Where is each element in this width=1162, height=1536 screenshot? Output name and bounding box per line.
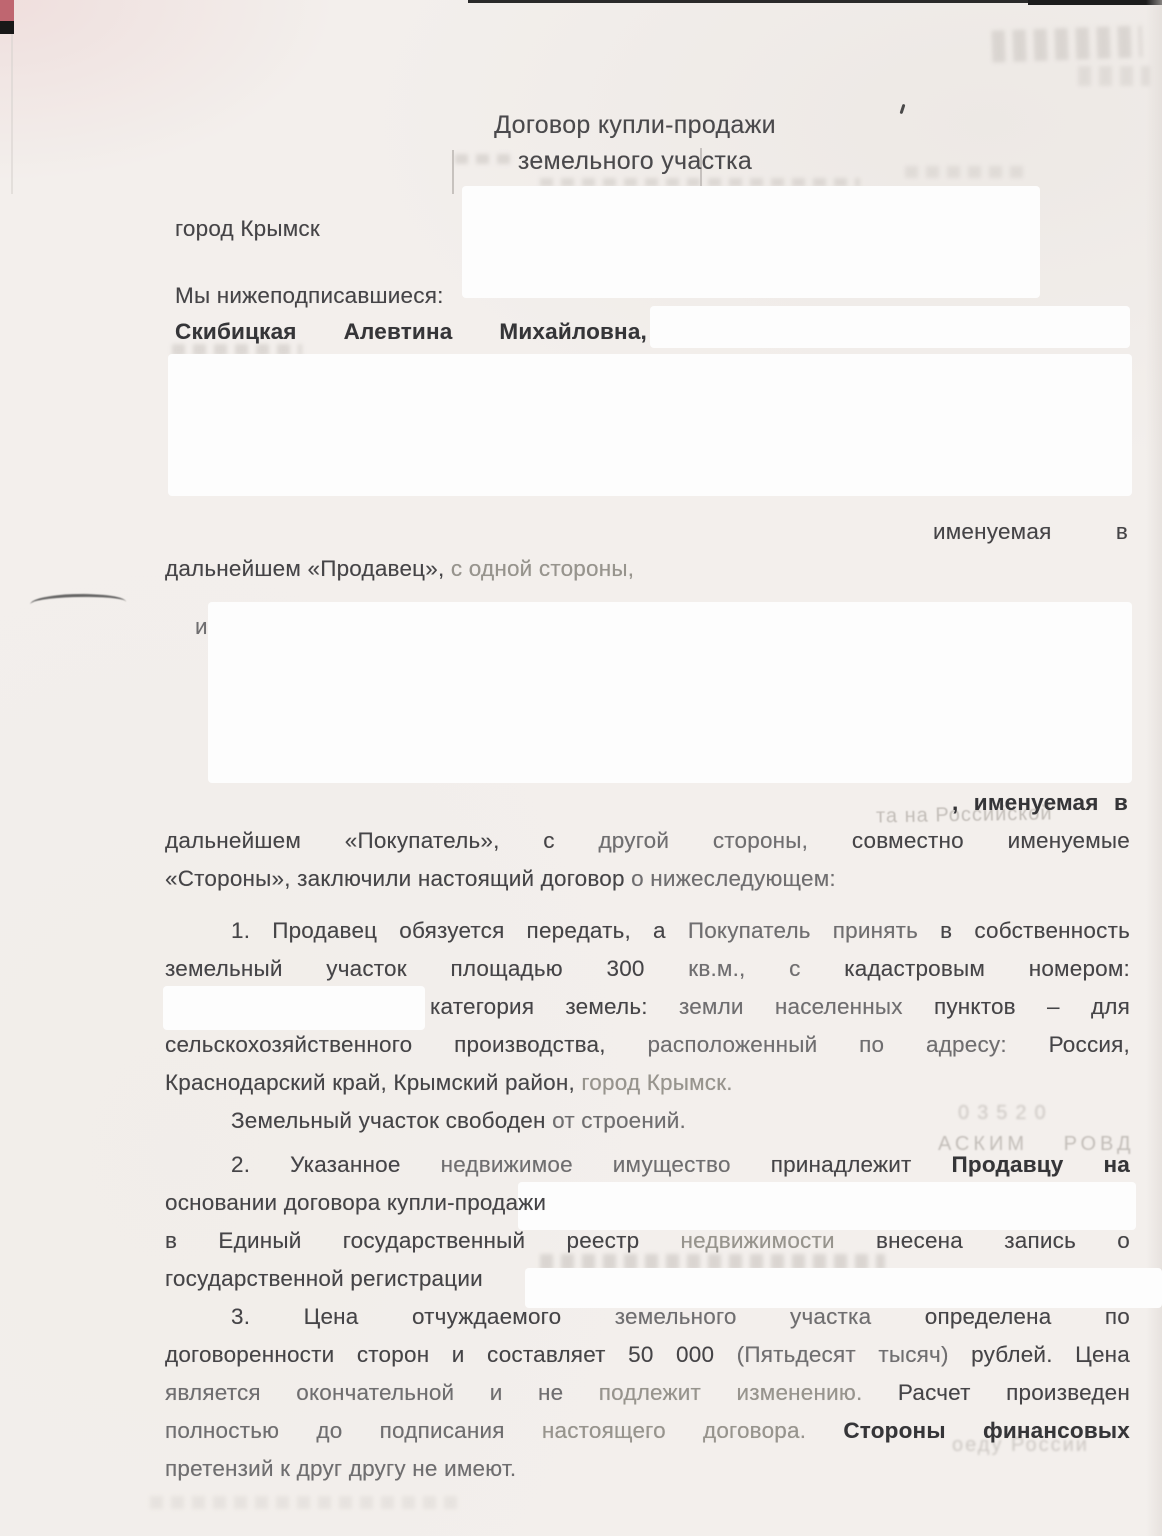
text-run: город Крымск. — [581, 1070, 732, 1095]
clause1-line-2: земельный участок площадью 300 кв.м., с … — [165, 950, 1130, 988]
text-run: , именуемая в — [952, 790, 1128, 815]
text-run: земельный участок площадью 300 — [165, 956, 688, 981]
text-run: недвижимости — [681, 1228, 876, 1253]
text-run: подлежит изменению. — [599, 1380, 898, 1405]
clause3-line-4: полностью до подписания настоящего догов… — [165, 1412, 1130, 1450]
clause3-line-2: договоренности сторон и составляет 50 00… — [165, 1336, 1130, 1374]
text-run: определена по — [925, 1304, 1130, 1329]
clause3-line-3: является окончательной и не подлежит изм… — [165, 1374, 1130, 1412]
seller-referred-line-2: дальнейшем «Продавец», с одной стороны, — [165, 550, 634, 588]
text-run: земельного участка — [518, 147, 752, 175]
we-undersigned-line: Мы нижеподписавшиеся: — [175, 277, 444, 315]
city-line: город Крымск — [175, 210, 320, 248]
text-run: и — [195, 614, 208, 639]
text-run: договоренности сторон и составляет 50 00… — [165, 1342, 737, 1367]
redaction-box-buyer-details — [208, 602, 1132, 783]
text-run: 3. Цена отчуждаемого — [231, 1304, 615, 1329]
document-title-line-1: Договор купли-продажи — [165, 106, 1105, 144]
parties-line: «Стороны», заключили настоящий договор о… — [165, 860, 836, 898]
redaction-box-cadastral-number — [163, 986, 425, 1030]
text-run: рублей. Цена — [971, 1342, 1130, 1367]
text-run: земельного участка — [615, 1304, 925, 1329]
redaction-box-seller-details — [168, 354, 1132, 496]
text-run: дальнейшем «Продавец», — [165, 556, 451, 581]
clause2-line-3: в Единый государственный реестр недвижим… — [165, 1222, 1130, 1260]
document-title-line-2: земельного участка — [165, 142, 1105, 180]
top-scan-line — [468, 0, 1028, 3]
ink-smudge-line — [30, 593, 126, 606]
bleed-text-number: 03520 — [958, 1102, 1054, 1124]
top-right-smudge-2 — [1078, 66, 1150, 86]
top-right-smudge — [991, 25, 1142, 62]
clause1-line-3: категория земель: земли населенных пункт… — [430, 988, 1130, 1026]
seller-name: Скибицкая Алевтина Михайловна, — [175, 319, 647, 344]
text-run: полностью до подписания — [165, 1418, 542, 1443]
bottom-left-bleed — [150, 1496, 460, 1509]
text-run: от строений. — [552, 1108, 686, 1133]
redaction-box-seller-line — [650, 306, 1130, 348]
clause1-line-1: 1. Продавец обязуется передать, а Покупа… — [165, 912, 1130, 950]
scanned-contract-page: та на Российской 03520 АСКИМ РОВД оеду Р… — [0, 0, 1162, 1536]
clause1-line-5: Краснодарский край, Крымский район, горо… — [165, 1064, 733, 1102]
text-run: настоящего договора. — [542, 1418, 843, 1443]
conjunction-line: и — [195, 608, 208, 646]
text-run: Стороны финансовых — [843, 1418, 1130, 1443]
buyer-referred-line-1: , именуемая в — [952, 784, 1128, 822]
left-edge-line — [11, 34, 13, 194]
text-run: Расчет произведен — [898, 1380, 1130, 1405]
clause3-line-5: претензий к друг другу не имеют. — [165, 1450, 516, 1488]
text-run: город Крымск — [175, 216, 320, 241]
text-run: Договор купли-продажи — [494, 111, 776, 139]
text-run: дальнейшем «Покупатель», с — [165, 828, 598, 853]
seller-referred-line-1: именуемая в — [933, 513, 1128, 551]
text-run: Продавцу на — [952, 1152, 1130, 1177]
text-run: пунктов – для — [934, 994, 1130, 1019]
text-run: в собственность — [918, 918, 1130, 943]
text-run: именуемая в — [933, 519, 1128, 544]
text-run: другой стороны, — [598, 828, 851, 853]
text-run: является окончательной и не — [165, 1380, 599, 1405]
corner-black-mark — [0, 21, 14, 34]
text-run: недвижимое имущество — [441, 1152, 771, 1177]
text-run: земли населенных — [679, 994, 934, 1019]
text-run: сельскохозяйственного производства, — [165, 1032, 647, 1057]
clause2-line-1: 2. Указанное недвижимое имущество принад… — [165, 1146, 1130, 1184]
text-run: с одной стороны, — [451, 556, 634, 581]
clause2-line-2: основании договора купли-продажи — [165, 1184, 546, 1222]
text-run: основании договора купли-продажи — [165, 1190, 546, 1215]
text-run: расположенный по адресу: — [647, 1032, 1048, 1057]
text-run: Краснодарский край, Крымский район, — [165, 1070, 581, 1095]
text-run: претензий к друг другу не имеют. — [165, 1456, 516, 1481]
top-scan-line-right — [1028, 0, 1162, 5]
text-run: совместно именуемые — [852, 828, 1130, 853]
text-run: государственной регистрации — [165, 1266, 483, 1291]
clause1-line-4: сельскохозяйственного производства, расп… — [165, 1026, 1130, 1064]
text-run: о нижеследующем: — [631, 866, 836, 891]
text-run: принадлежит — [771, 1152, 952, 1177]
text-run: Мы нижеподписавшиеся: — [175, 283, 444, 308]
text-run: «Стороны», заключили настоящий договор — [165, 866, 631, 891]
text-run: кадастровым номером: — [844, 956, 1130, 981]
text-run: 1. Продавец обязуется передать, а — [231, 918, 688, 943]
text-run: Покупатель принять — [688, 918, 918, 943]
clause3-line-1: 3. Цена отчуждаемого земельного участка … — [165, 1298, 1130, 1336]
buyer-referred-line-2: дальнейшем «Покупатель», с другой сторон… — [165, 822, 1130, 860]
clause1-line-6: Земельный участок свободен от строений. — [165, 1102, 686, 1140]
text-run: Земельный участок свободен — [231, 1108, 552, 1133]
text-run: 2. Указанное — [231, 1152, 441, 1177]
redaction-box-date — [462, 186, 1040, 298]
corner-red-mark — [0, 0, 14, 22]
text-run: кв.м., с — [688, 956, 844, 981]
clause2-line-4: государственной регистрации — [165, 1260, 483, 1298]
text-run: (Пятьдесят тысяч) — [737, 1342, 972, 1367]
seller-name-line: Скибицкая Алевтина Михайловна, — [175, 313, 647, 351]
text-run: категория земель: — [430, 994, 679, 1019]
text-run: в Единый государственный реестр — [165, 1228, 681, 1253]
text-run: внесена запись о — [876, 1228, 1130, 1253]
text-run: Россия, — [1049, 1032, 1130, 1057]
